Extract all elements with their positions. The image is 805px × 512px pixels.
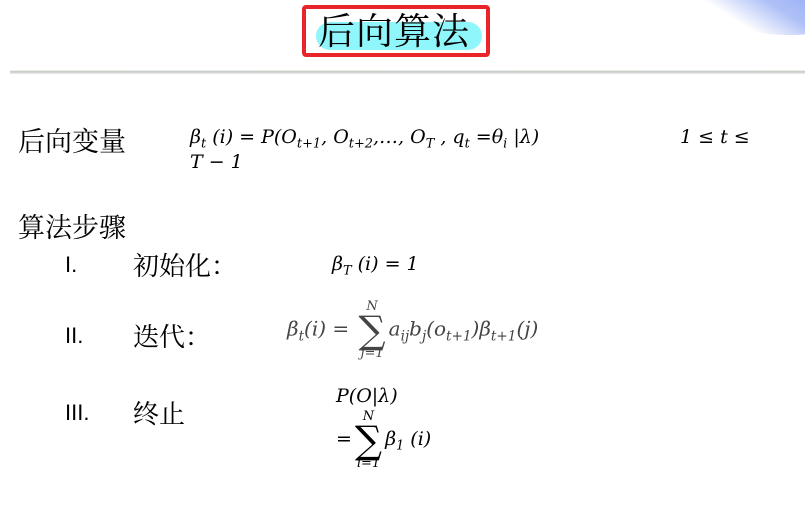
backward-variable-label: 后向变量	[18, 120, 126, 159]
step-name-terminate: 终止	[133, 394, 185, 431]
formula-text: (o	[426, 317, 446, 341]
beta-symbol: β	[385, 428, 396, 450]
beta-symbol: β	[332, 253, 343, 275]
formula-text: b	[409, 317, 422, 341]
formula-text: a	[389, 317, 401, 341]
time-range-upper: T − 1	[190, 151, 243, 173]
sigma-icon: ∑	[355, 423, 382, 457]
formula-text: , O	[321, 126, 349, 148]
subscript: t+2	[349, 137, 373, 152]
slide-title: 后向算法	[318, 10, 470, 54]
sum-lower-limit: i=1	[357, 457, 380, 470]
subscript: T	[343, 264, 352, 279]
summation: N∑j=1	[359, 300, 386, 360]
iteration-formula: βt(i) = N∑j=1aijbj(ot+1)βt+1(j)	[287, 300, 538, 360]
formula-text: , q	[434, 126, 464, 148]
formula-text: )β	[472, 317, 491, 341]
backward-variable-formula: βt (i) = P(Ot+1, Ot+2,…, OT , qt =θi |λ)	[190, 126, 539, 148]
time-range: 1 ≤ t ≤	[680, 126, 750, 148]
formula-text: ,…, O	[373, 126, 426, 148]
subscript: ij	[401, 328, 410, 344]
corner-decoration	[640, 0, 805, 50]
subscript: t+1	[491, 328, 517, 344]
formula-text: (i) = P(O	[206, 126, 297, 148]
beta-symbol: β	[287, 317, 299, 341]
title-divider	[10, 70, 805, 74]
step-numeral: I.	[65, 252, 77, 278]
subscript: t+1	[297, 137, 321, 152]
step-numeral: II.	[65, 323, 83, 349]
init-formula: βT (i) = 1	[332, 253, 419, 275]
formula-text: =	[336, 428, 352, 450]
termination-formula-line2: =N∑i=1β1 (i)	[336, 410, 431, 470]
termination-formula-line1: P(O|λ)	[336, 385, 398, 407]
sigma-icon: ∑	[359, 313, 386, 347]
subscript: T	[426, 137, 435, 152]
formula-text: (i) = 1	[352, 253, 419, 275]
formula-text: |λ)	[507, 126, 539, 148]
title-frame: 后向算法	[302, 5, 490, 57]
formula-text: (i)	[404, 428, 431, 450]
subscript: t+1	[446, 328, 472, 344]
summation: N∑i=1	[355, 410, 382, 470]
beta-symbol: β	[190, 126, 201, 148]
step-name-iterate: 迭代：	[133, 317, 211, 354]
sum-lower-limit: j=1	[360, 347, 383, 360]
formula-text: (j)	[516, 317, 538, 341]
formula-text: (i) =	[304, 317, 355, 341]
algorithm-steps-heading: 算法步骤	[18, 206, 126, 245]
step-name-initialize: 初始化：	[133, 246, 237, 283]
formula-text: =θ	[470, 126, 503, 148]
step-numeral: III.	[65, 400, 89, 426]
